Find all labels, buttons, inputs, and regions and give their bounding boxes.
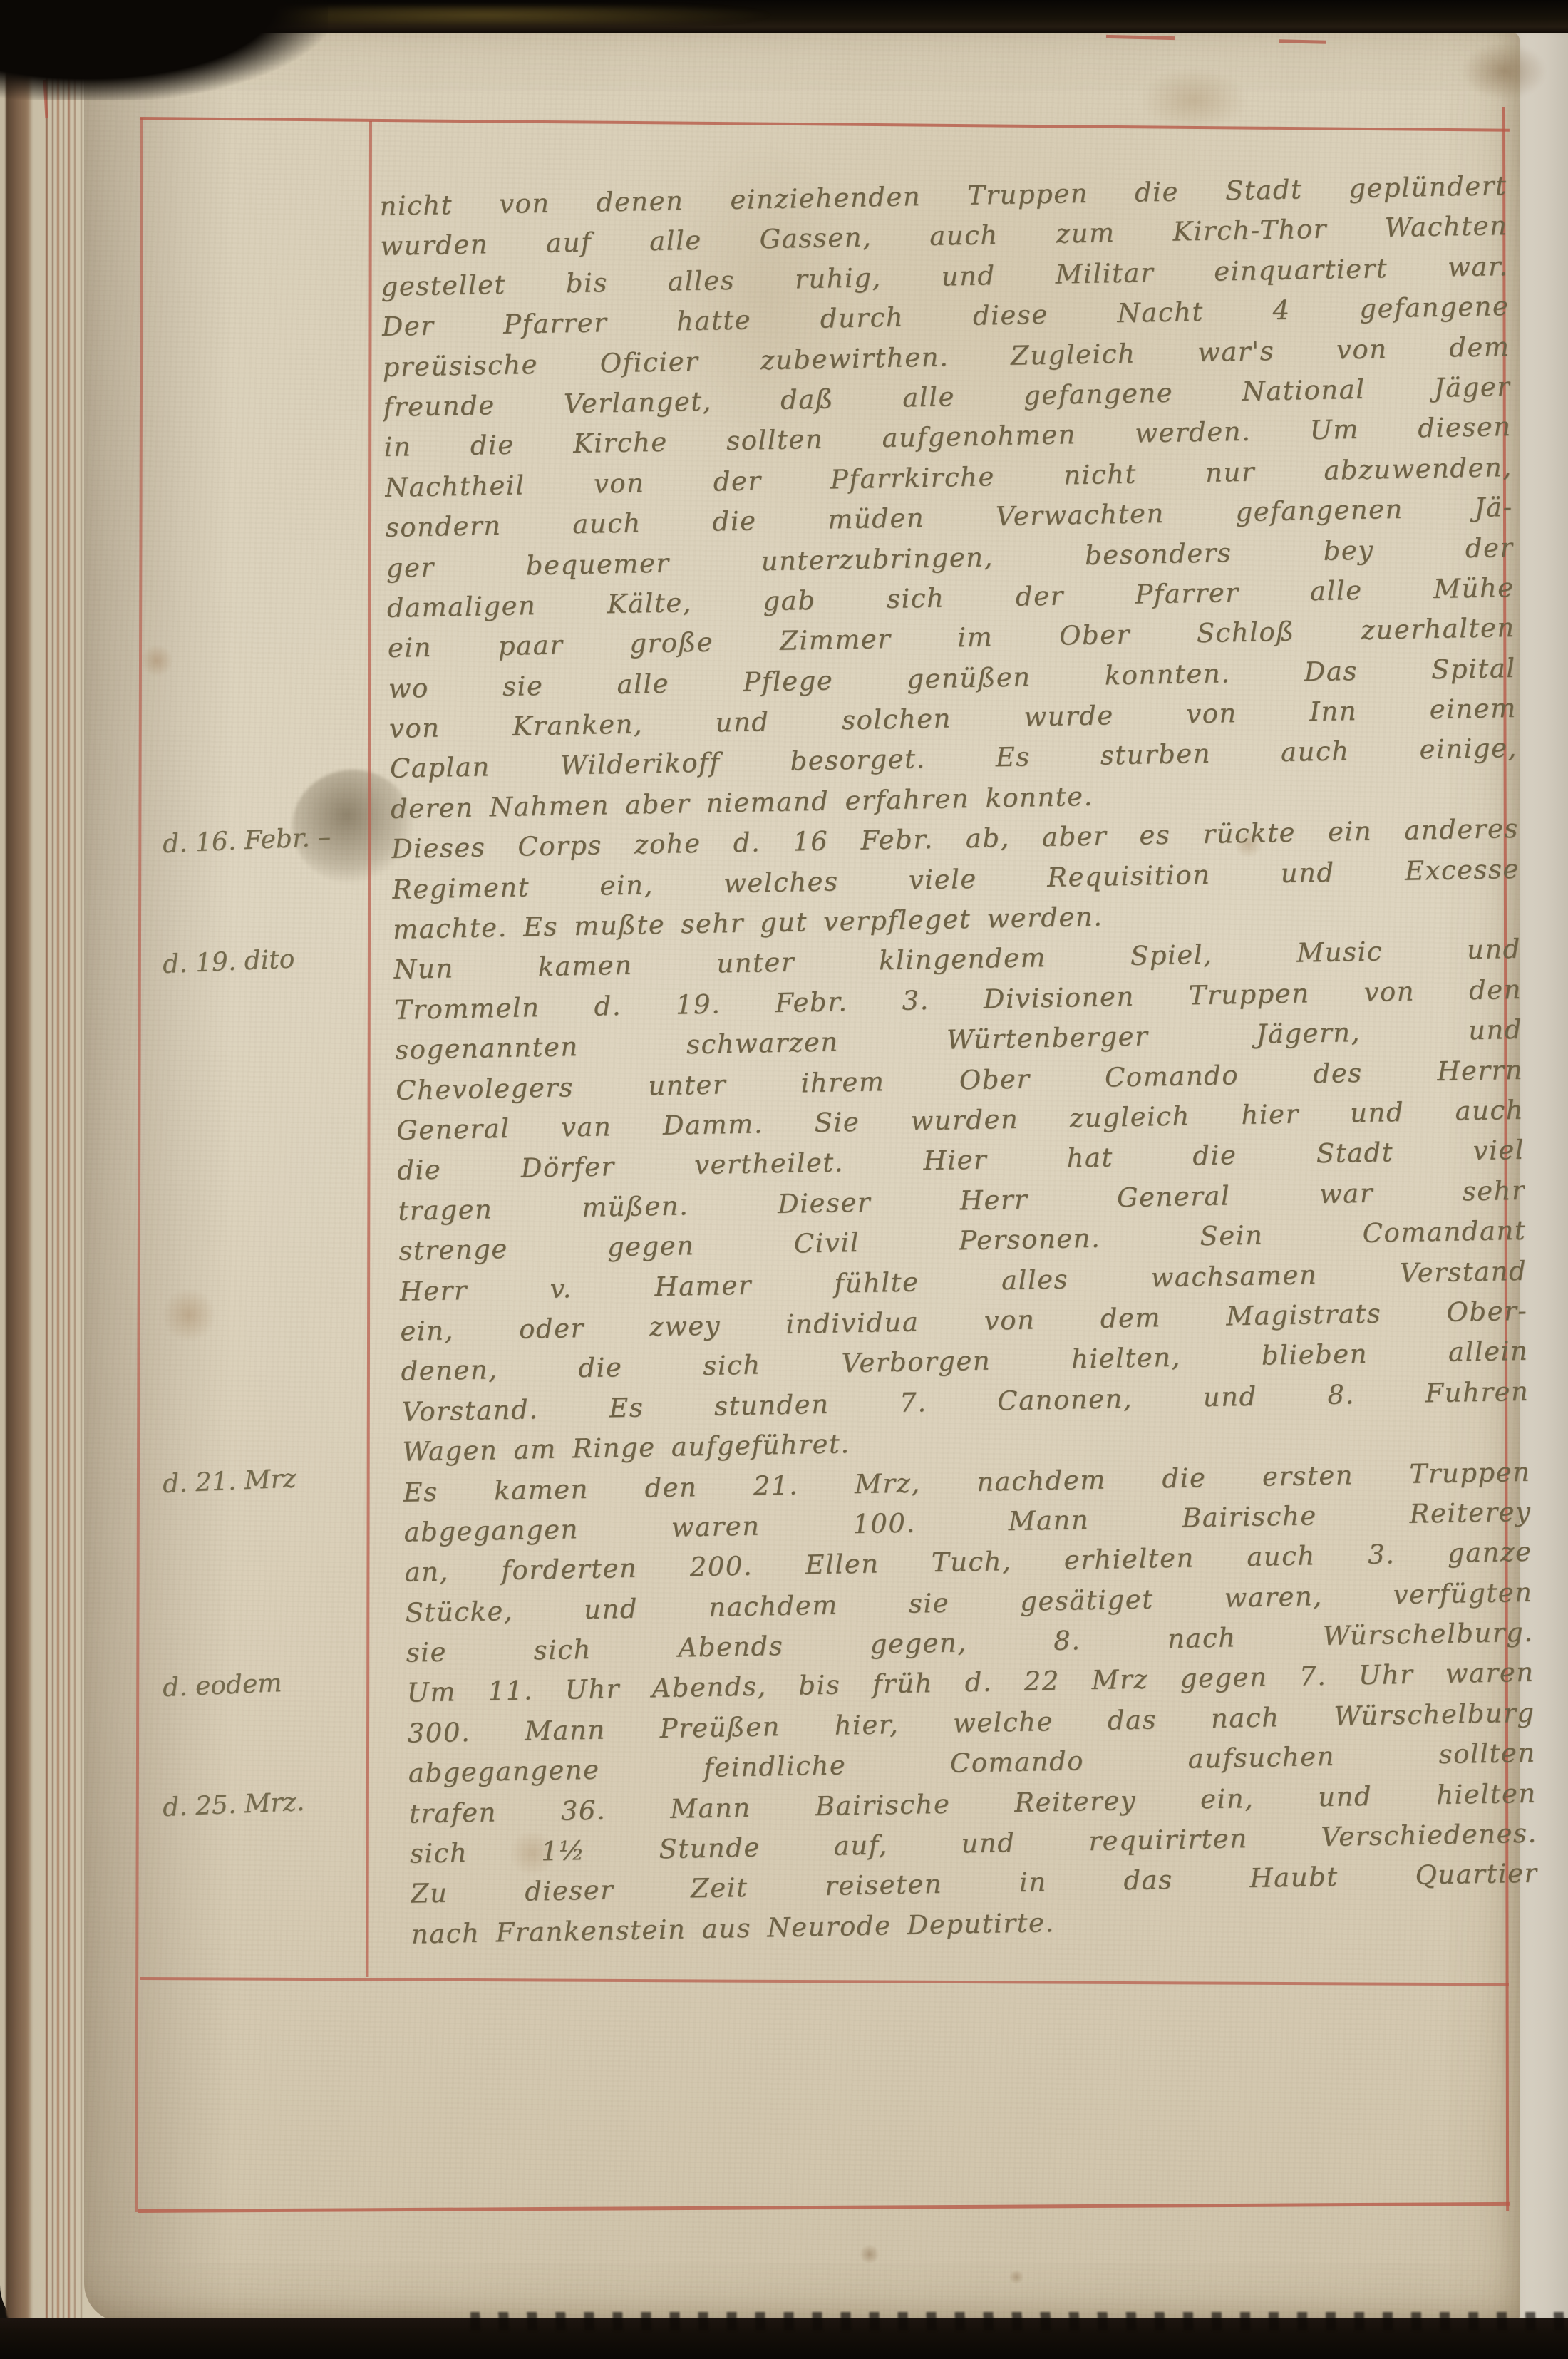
manuscript-scan: nicht von denen einziehenden Truppen die… (0, 0, 1568, 2359)
cover-corner-shadow (0, 0, 328, 100)
margin-date-note: d. 19. dito (162, 941, 369, 979)
margin-date-note: d. 25. Mrz. (162, 1785, 369, 1822)
margin-date-note: d. 16. Febr. – (162, 821, 369, 859)
page-bottom-frayed-edge (470, 2312, 1568, 2330)
margin-date-note: d. 21. Mrz (162, 1461, 369, 1499)
margin-notes-column: d. 16. Febr. –d. 19. ditod. 21. Mrzd. eo… (0, 0, 1568, 2359)
margin-date-note: d. eodem (162, 1665, 369, 1703)
